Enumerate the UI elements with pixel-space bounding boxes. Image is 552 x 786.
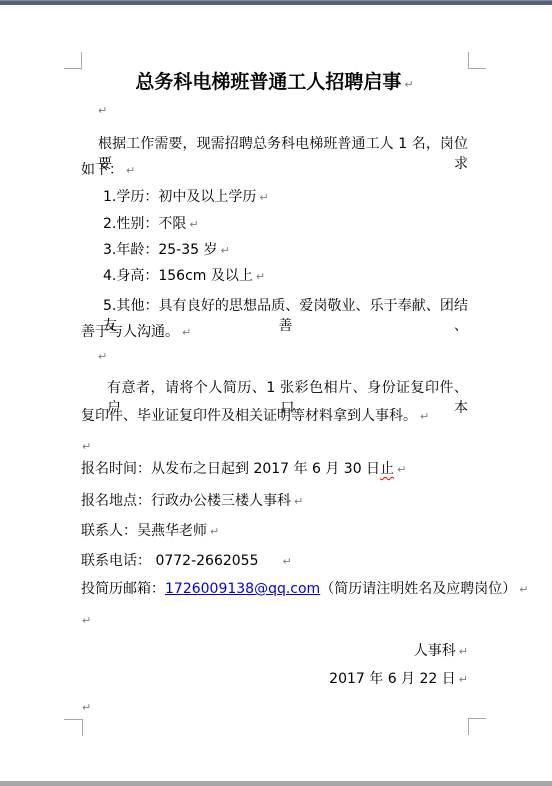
paragraph-mark-icon: ↵: [98, 347, 107, 367]
paragraph-mark-icon: ↵: [182, 326, 191, 339]
email-label: 投简历邮箱：: [81, 581, 165, 597]
location-line: 报名地点：行政办公楼三楼人事科↵: [81, 491, 303, 512]
window-bottom-edge: [0, 781, 552, 786]
paragraph-mark-icon: ↵: [259, 191, 268, 204]
deadline-line: 报名时间：从发布之日起到 2017 年 6 月 30 日止↵: [81, 459, 406, 480]
apply-materials-line-2: 复印件、毕业证复印件及相关证明等材料拿到人事科。↵: [81, 406, 429, 427]
paragraph-mark-icon: ↵: [82, 437, 91, 457]
text-boundary-mark-top-right: [468, 52, 486, 69]
paragraph-mark-icon: ↵: [189, 218, 198, 231]
requirement-gender: 2.性别：不限↵: [103, 214, 199, 235]
text-boundary-mark-top-left: [64, 52, 82, 69]
paragraph-mark-icon: ↵: [459, 645, 468, 658]
paragraph-mark-icon: ↵: [82, 611, 91, 631]
paragraph-mark-icon: ↵: [404, 78, 413, 91]
spellcheck-squiggle-text: 止: [380, 461, 394, 477]
paragraph-mark-icon: ↵: [420, 410, 429, 423]
paragraph-mark-icon: ↵: [98, 101, 107, 121]
intro-line-2: 如下：↵: [81, 160, 135, 181]
doc-title: 总务科电梯班普通工人招聘启事: [135, 71, 401, 93]
contact-person-line: 联系人：吴燕华老师↵: [81, 521, 219, 542]
requirement-age: 3.年龄：25-35 岁↵: [103, 240, 230, 261]
email-line: 投简历邮箱：1726009138@qq.com（简历请注明姓名及应聘岗位）↵: [81, 579, 528, 600]
paragraph-mark-icon: ↵: [519, 583, 528, 596]
text-boundary-mark-bottom-right: [468, 718, 486, 735]
email-note: （简历请注明姓名及应聘岗位）: [320, 581, 516, 597]
paragraph-mark-icon: ↵: [294, 495, 303, 508]
paragraph-mark-icon: ↵: [82, 698, 91, 718]
window-top-edge: [0, 0, 552, 5]
date-line: 2017 年 6 月 22 日↵: [81, 669, 468, 690]
paragraph-mark-icon: ↵: [282, 555, 291, 568]
paragraph-mark-icon: ↵: [459, 673, 468, 686]
intro-line-1: 根据工作需要，现需招聘总务科电梯班普通工人 1 名，岗位要求: [98, 134, 468, 174]
text-boundary-mark-bottom-left: [64, 719, 83, 736]
paragraph-mark-icon: ↵: [126, 164, 135, 177]
email-link[interactable]: 1726009138@qq.com: [165, 581, 320, 597]
paragraph-mark-icon: ↵: [256, 270, 265, 283]
requirement-height: 4.身高：156cm 及以上↵: [103, 266, 265, 287]
doc-title-line: 总务科电梯班普通工人招聘启事↵: [81, 68, 468, 99]
paragraph-mark-icon: ↵: [397, 463, 406, 476]
contact-phone-line: 联系电话： 0772-2662055↵: [81, 551, 292, 572]
paragraph-mark-icon: ↵: [221, 244, 230, 257]
signature-line: 人事科↵: [81, 641, 468, 662]
requirement-other-line-2: 善于与人沟通。↵: [81, 322, 191, 343]
document-page: 总务科电梯班普通工人招聘启事↵ ↵ 根据工作需要，现需招聘总务科电梯班普通工人 …: [0, 0, 552, 786]
paragraph-mark-icon: ↵: [210, 525, 219, 538]
requirement-education: 1.学历：初中及以上学历↵: [103, 187, 269, 208]
